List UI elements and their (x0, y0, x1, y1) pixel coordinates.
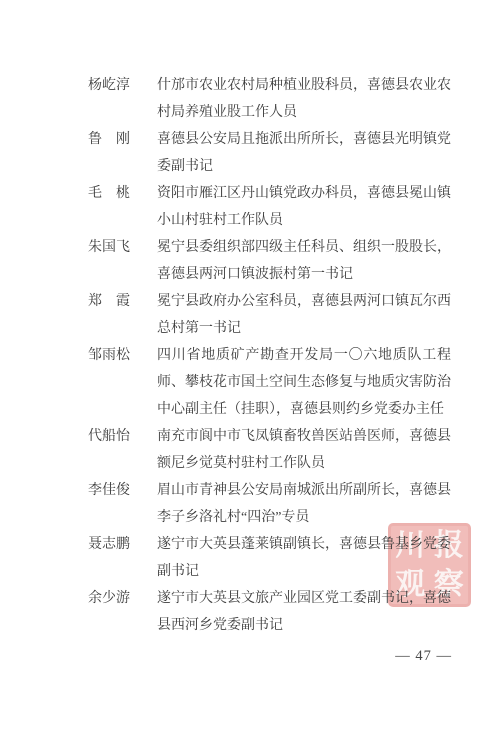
list-item: 聂志鹏 遂宁市大英县蓬莱镇副镇长，喜德县鲁基乡党委副书记 (88, 531, 452, 585)
person-name: 邹雨松 (88, 342, 130, 369)
person-description: 喜德县公安局且拖派出所所长，喜德县光明镇党委副书记 (157, 126, 451, 180)
person-name: 聂志鹏 (88, 531, 130, 558)
list-item: 毛 桃 资阳市雁江区丹山镇党政办科员，喜德县冕山镇小山村驻村工作队员 (88, 180, 452, 234)
person-name: 杨屹淳 (88, 72, 130, 99)
person-description: 遂宁市大英县蓬莱镇副镇长，喜德县鲁基乡党委副书记 (157, 531, 451, 585)
person-description: 冕宁县政府办公室科员，喜德县两河口镇瓦尔西总村第一书记 (157, 288, 451, 342)
list-item: 朱国飞 冕宁县委组织部四级主任科员、组织一股股长，喜德县两河口镇波振村第一书记 (88, 234, 452, 288)
person-name: 余少游 (88, 585, 130, 612)
person-name: 鲁 刚 (88, 126, 130, 153)
person-name: 郑 霞 (88, 288, 130, 315)
list-item: 余少游 遂宁市大英县文旅产业园区党工委副书记，喜德县西河乡党委副书记 (88, 585, 452, 639)
person-description: 冕宁县委组织部四级主任科员、组织一股股长，喜德县两河口镇波振村第一书记 (157, 234, 451, 288)
list-item: 李佳俊 眉山市青神县公安局南城派出所副所长，喜德县李子乡洛礼村“四治”专员 (88, 477, 452, 531)
person-description: 遂宁市大英县文旅产业园区党工委副书记，喜德县西河乡党委副书记 (157, 585, 451, 639)
list-item: 代船怡 南充市阆中市飞凤镇畜牧兽医站兽医师，喜德县额尼乡觉莫村驻村工作队员 (88, 423, 452, 477)
list-item: 郑 霞 冕宁县政府办公室科员，喜德县两河口镇瓦尔西总村第一书记 (88, 288, 452, 342)
person-description: 四川省地质矿产勘查开发局一〇六地质队工程师、攀枝花市国土空间生态修复与地质灾害防… (157, 342, 451, 423)
person-description: 什邡市农业农村局种植业股科员，喜德县农业农村局养殖业股工作人员 (157, 72, 451, 126)
list-item: 邹雨松 四川省地质矿产勘查开发局一〇六地质队工程师、攀枝花市国土空间生态修复与地… (88, 342, 452, 423)
list-item: 鲁 刚 喜德县公安局且拖派出所所长，喜德县光明镇党委副书记 (88, 126, 452, 180)
document-page: 川 报 观 察 杨屹淳 什邡市农业农村局种植业股科员，喜德县农业农村局养殖业股工… (0, 0, 502, 730)
person-description: 资阳市雁江区丹山镇党政办科员，喜德县冕山镇小山村驻村工作队员 (157, 180, 451, 234)
personnel-list: 杨屹淳 什邡市农业农村局种植业股科员，喜德县农业农村局养殖业股工作人员 鲁 刚 … (88, 72, 452, 639)
person-name: 代船怡 (88, 423, 130, 450)
person-description: 南充市阆中市飞凤镇畜牧兽医站兽医师，喜德县额尼乡觉莫村驻村工作队员 (157, 423, 451, 477)
list-item: 杨屹淳 什邡市农业农村局种植业股科员，喜德县农业农村局养殖业股工作人员 (88, 72, 452, 126)
person-name: 李佳俊 (88, 477, 130, 504)
person-name: 毛 桃 (88, 180, 130, 207)
person-description: 眉山市青神县公安局南城派出所副所长，喜德县李子乡洛礼村“四治”专员 (157, 477, 451, 531)
person-name: 朱国飞 (88, 234, 130, 261)
page-number: — 47 — (395, 648, 452, 665)
